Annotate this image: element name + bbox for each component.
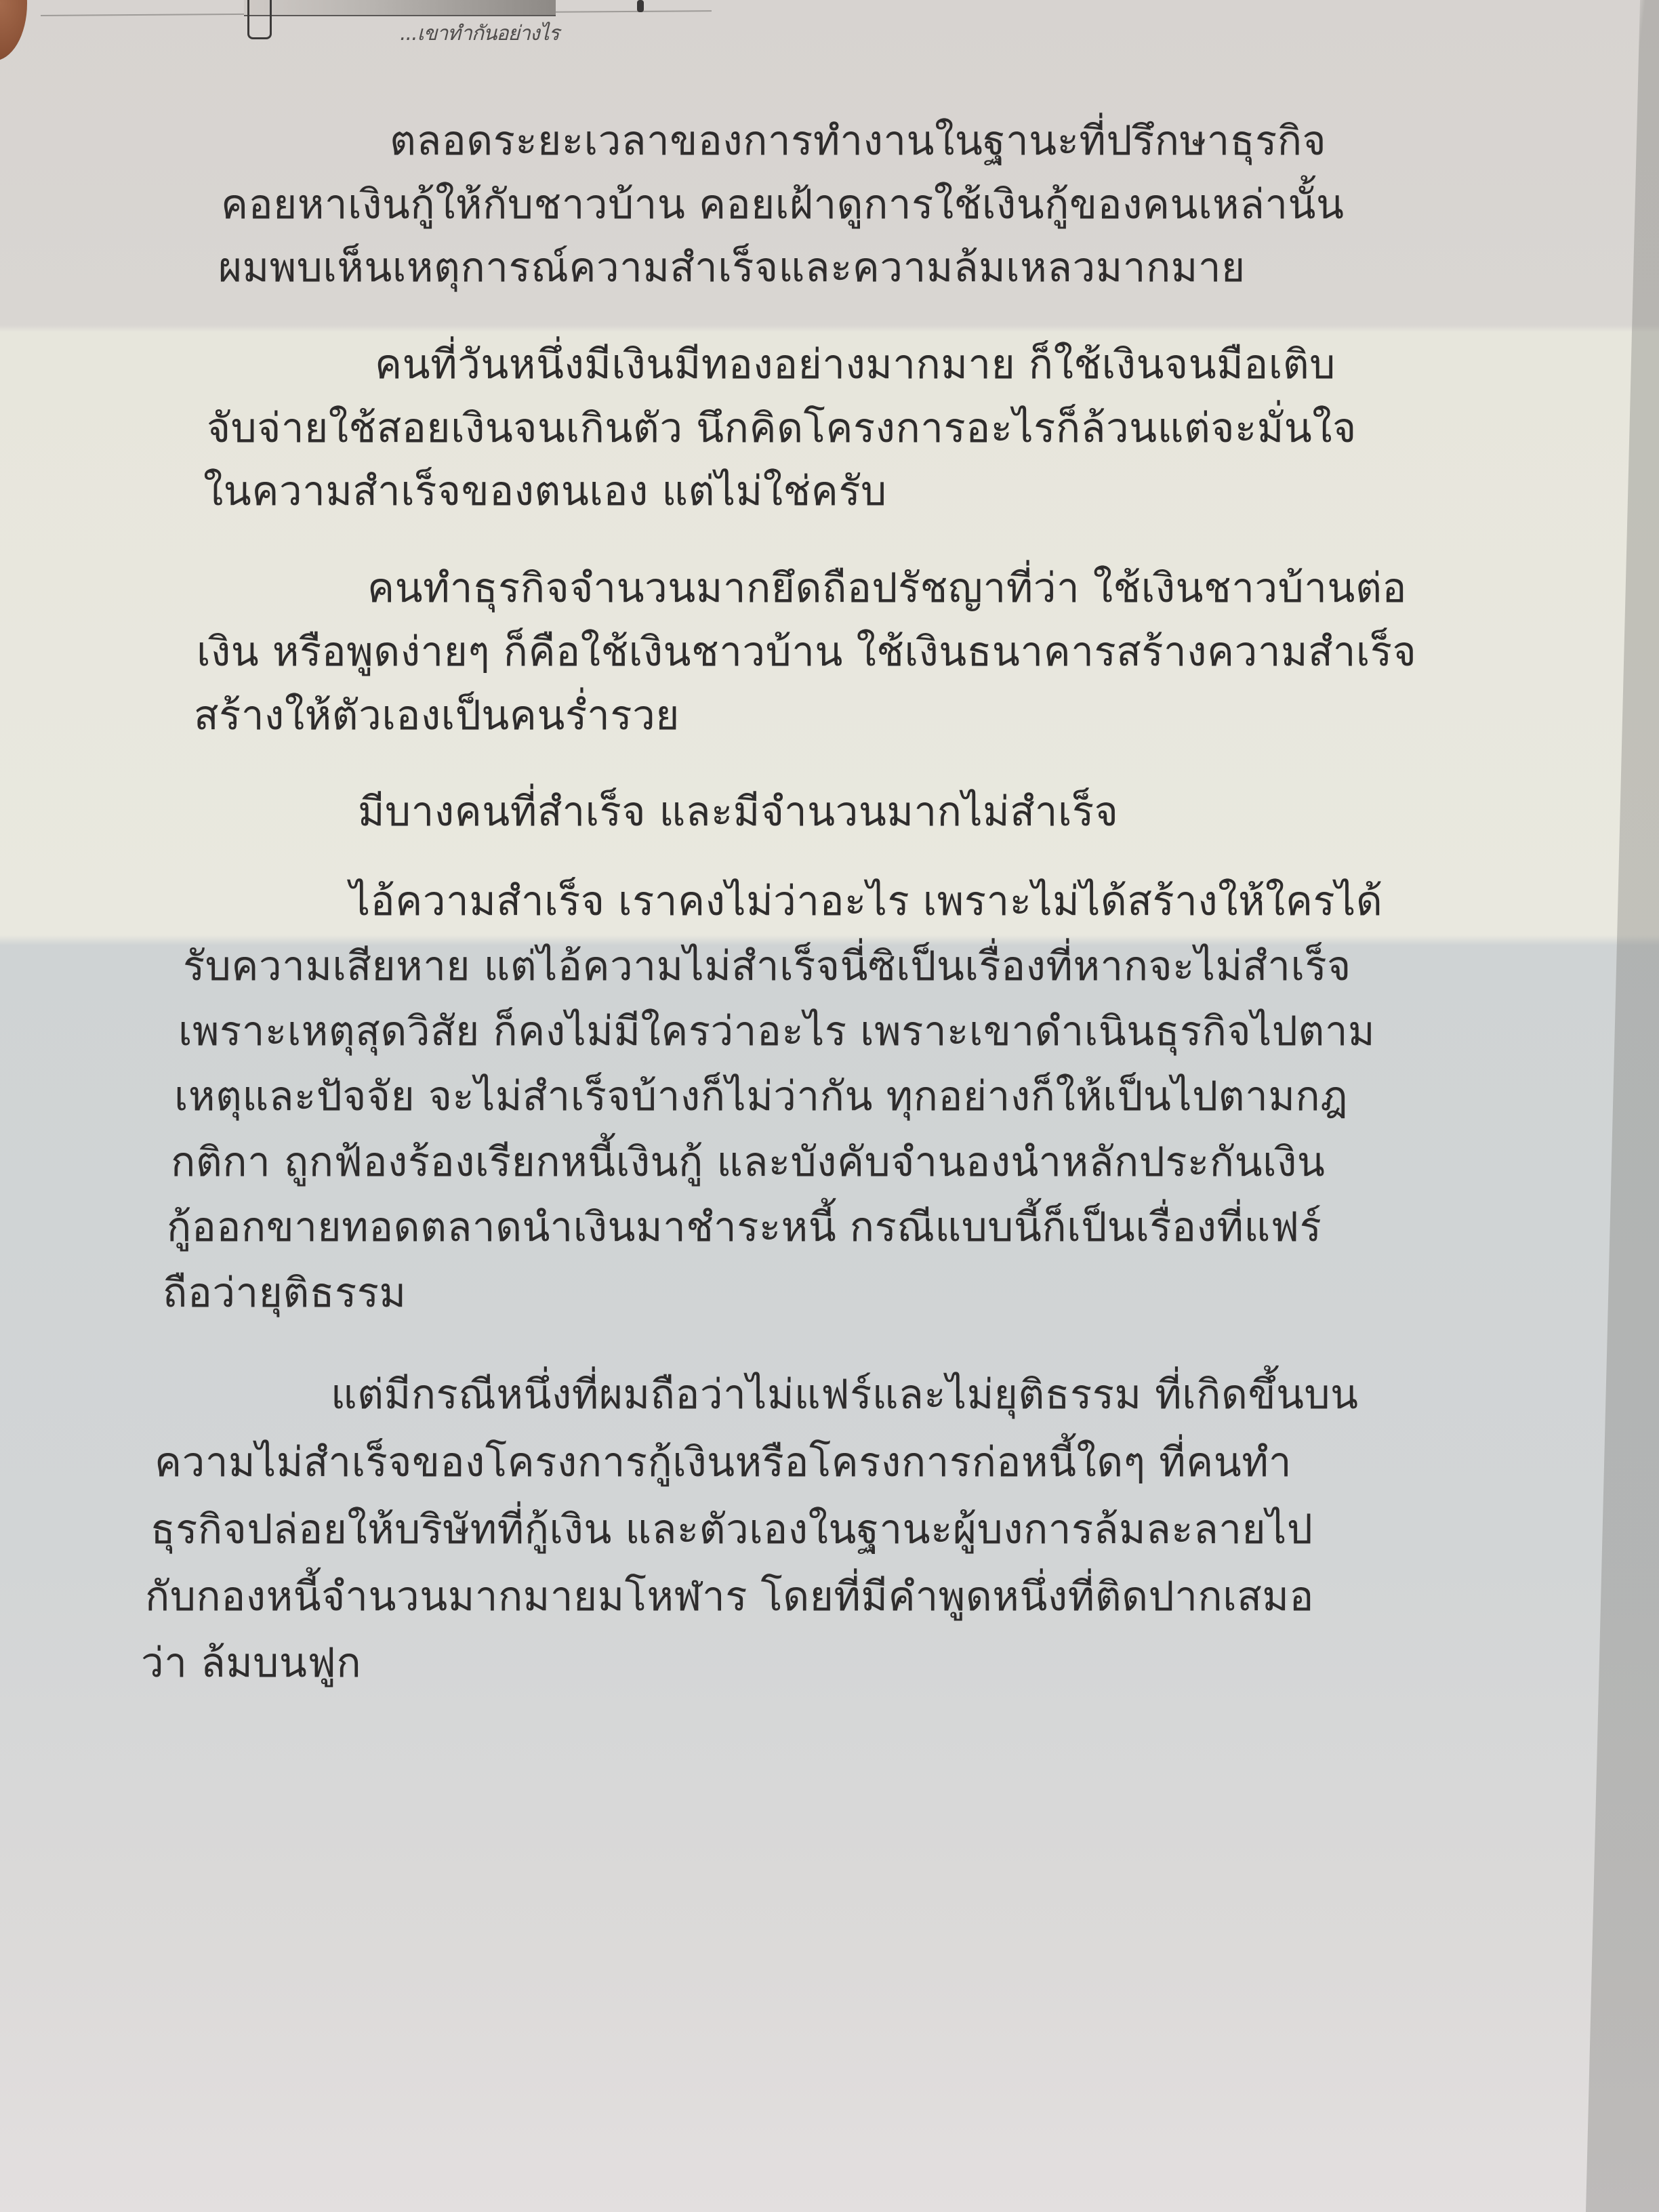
paragraph-5-line-7: ถือว่ายุติธรรม — [163, 1266, 407, 1320]
paragraph-5-line-6: กู้ออกขายทอดตลาดนำเงินมาชำระหนี้ กรณีแบบ… — [167, 1200, 1322, 1254]
paragraph-1-line-3: ผมพบเห็นเหตุการณ์ความสำเร็จและความล้มเหล… — [218, 241, 1246, 295]
paragraph-5-line-4: เหตุและปัจจัย จะไม่สำเร็จบ้างก็ไม่ว่ากัน… — [174, 1069, 1348, 1124]
paragraph-2-line-3: ในความสำเร็จของตนเอง แต่ไม่ใช่ครับ — [203, 464, 887, 518]
paragraph-1-line-2: คอยหาเงินกู้ให้กับชาวบ้าน คอยเฝ้าดูการใช… — [221, 178, 1345, 232]
body-text: ตลอดระยะเวลาของการทำงานในฐานะที่ปรึกษาธุ… — [0, 0, 1659, 2212]
paragraph-6-line-2: ความไม่สำเร็จของโครงการกู้เงินหรือโครงกา… — [155, 1435, 1292, 1490]
paragraph-4-line-1: มีบางคนที่สำเร็จ และมีจำนวนมากไม่สำเร็จ — [358, 785, 1118, 839]
paragraph-6-line-4: กับกองหนี้จำนวนมากมายมโหฬาร โดยที่มีคำพู… — [145, 1570, 1314, 1624]
paragraph-1-line-1: ตลอดระยะเวลาของการทำงานในฐานะที่ปรึกษาธุ… — [390, 114, 1326, 168]
paragraph-5-line-3: เพราะเหตุสุดวิสัย ก็คงไม่มีใครว่าอะไร เพ… — [178, 1004, 1375, 1059]
paragraph-6-line-3: ธุรกิจปล่อยให้บริษัทที่กู้เงิน และตัวเอง… — [150, 1502, 1313, 1557]
paragraph-5-line-2: รับความเสียหาย แต่ไอ้ความไม่สำเร็จนี่ซิเ… — [183, 939, 1351, 994]
paragraph-5-line-1: ไอ้ความสำเร็จ เราคงไม่ว่าอะไร เพราะไม่ได… — [350, 874, 1382, 928]
paragraph-2-line-1: คนที่วันหนึ่งมีเงินมีทองอย่างมากมาย ก็ใช… — [375, 337, 1336, 392]
paragraph-6-line-5: ว่า ล้มบนฟูก — [141, 1636, 361, 1690]
paragraph-3-line-2: เงิน หรือพูดง่ายๆ ก็คือใช้เงินชาวบ้าน ใช… — [197, 625, 1416, 679]
paragraph-3-line-1: คนทำธุรกิจจำนวนมากยึดถือปรัชญาที่ว่า ใช้… — [367, 561, 1407, 615]
paragraph-3-line-3: สร้างให้ตัวเองเป็นคนร่ำรวย — [194, 689, 680, 743]
paragraph-5-line-5: กติกา ถูกฟ้องร้องเรียกหนี้เงินกู้ และบัง… — [171, 1135, 1325, 1189]
paragraph-2-line-2: จับจ่ายใช้สอยเงินจนเกินตัว นึกคิดโครงการ… — [207, 401, 1357, 455]
paragraph-6-line-1: แต่มีกรณีหนึ่งที่ผมถือว่าไม่แฟร์และไม่ยุ… — [331, 1368, 1359, 1422]
